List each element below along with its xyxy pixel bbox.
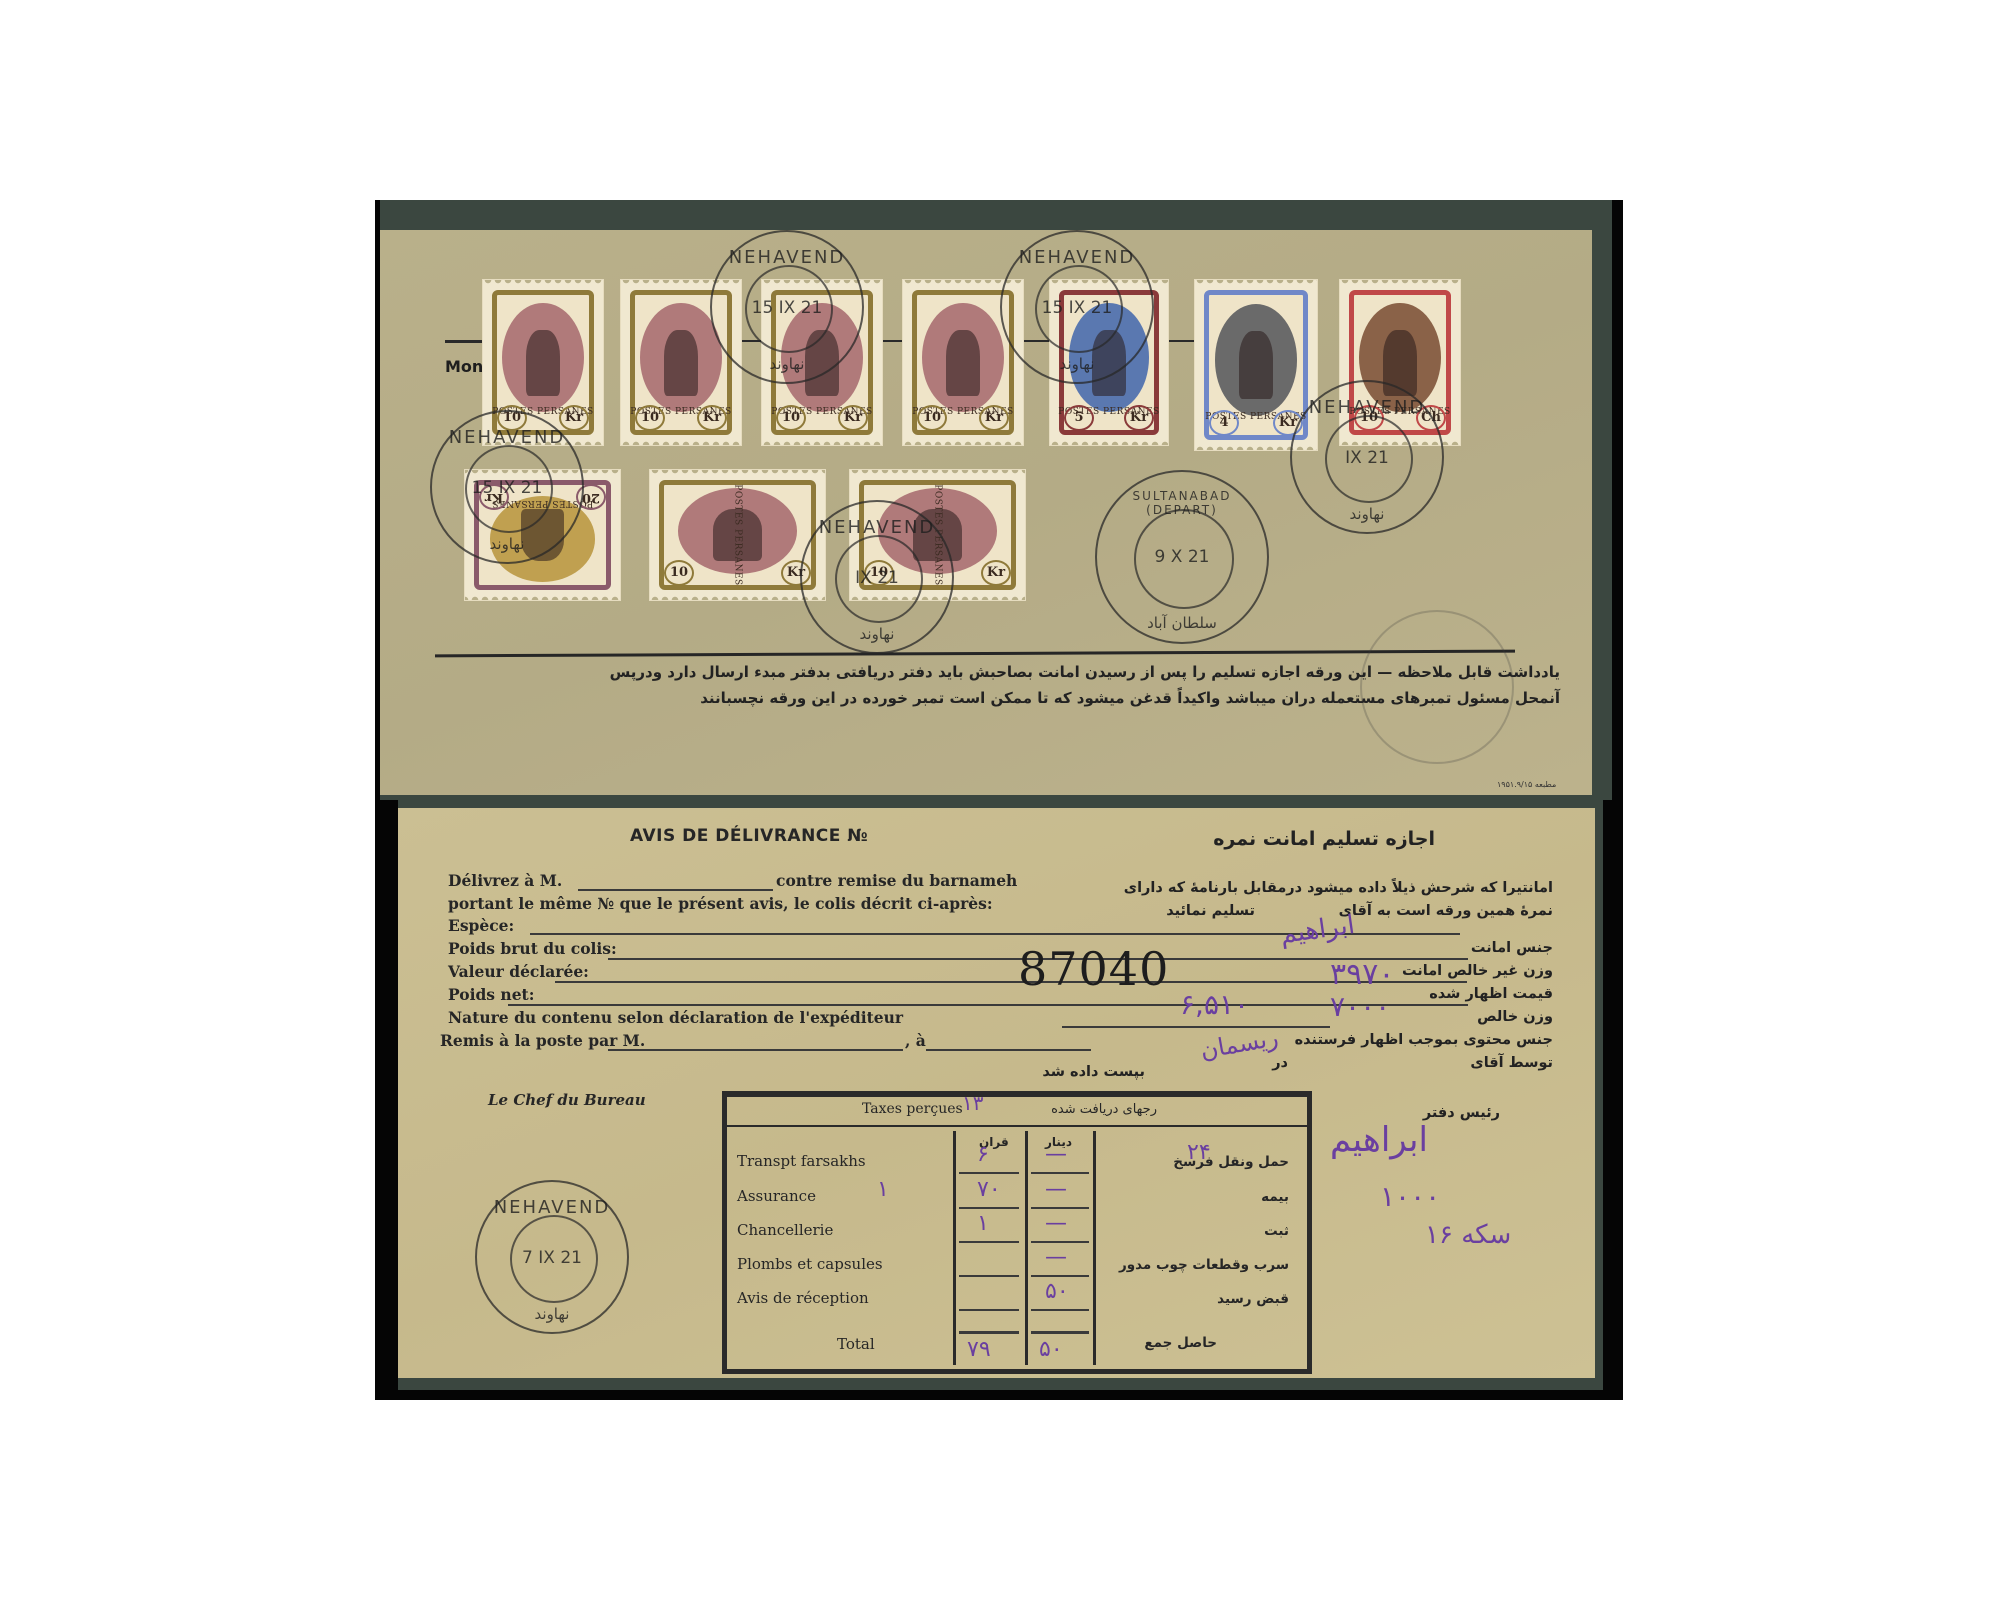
manuscript-declared-value: ۷۰۰۰ (1330, 990, 1390, 1023)
postmark-cancellation: NEHAVEND15 IX 21نهاوند (710, 230, 864, 384)
tax-dinars: ۵۰ (1045, 1279, 1069, 1304)
fa-field-4: وزن غیر خالص امانت (1402, 963, 1553, 979)
total-label-fr: Total (837, 1335, 875, 1353)
fa-field-0: امانتیرا که شرحش ذیلاً داده میشود درمقاب… (1124, 880, 1553, 896)
postmark-date: 15 IX 21 (1002, 298, 1152, 318)
tax-dinars: — (1045, 1177, 1067, 1202)
tax-krans: ۱ (977, 1211, 989, 1236)
fa-field-5: قیمت اظهار شده (1429, 986, 1553, 1002)
portrait-icon (526, 330, 560, 396)
stamp-value: 10 (635, 405, 665, 431)
postmark-cancellation: NEHAVEND15 IX 21نهاوند (1000, 230, 1154, 384)
postmark-town: NEHAVEND (1292, 397, 1442, 418)
postmark-date: 15 IX 21 (432, 478, 582, 498)
postmark-arabic: نهاوند (1002, 355, 1152, 373)
tax-row-label-fa: ثبت (1264, 1223, 1289, 1239)
tax-farsakhs: ۲۴ (1187, 1140, 1211, 1165)
stamp-value: 10 (917, 405, 947, 431)
stamp-value: 4 (1209, 410, 1239, 436)
total-rule (1031, 1331, 1089, 1334)
portrait-icon (1239, 331, 1273, 399)
cell-rule (1031, 1207, 1089, 1209)
form-title-fa: اجازه تسلیم امانت نمره (1213, 828, 1435, 850)
printer-imprint: مطبعه ۱۹۵۱.۹/۱۵ (1497, 780, 1556, 789)
cell-rule (959, 1207, 1019, 1209)
field-nature: Nature du contenu selon déclaration de l… (448, 1008, 903, 1027)
cell-rule (959, 1309, 1019, 1311)
field-poids-brut: Poids brut du colis: (448, 939, 617, 958)
manuscript-note: ۱۶ سکه (1425, 1220, 1511, 1250)
tax-row-label: Transpt farsakhs (737, 1152, 866, 1170)
fa-field-3: جنس امانت (1471, 940, 1553, 956)
fa-field-10: بپست داده شد (1042, 1064, 1145, 1080)
field-portant: portant le même № que le présent avis, l… (448, 894, 993, 913)
cell-rule (1031, 1172, 1089, 1174)
tax-row-label: Assurance (737, 1187, 816, 1205)
field-remis: Remis à la poste par M. (440, 1031, 645, 1050)
column-divider (1025, 1131, 1028, 1365)
cell-rule (1031, 1275, 1089, 1277)
tax-dinars: — (1045, 1142, 1067, 1167)
column-divider (1093, 1131, 1096, 1365)
manuscript-gross-weight: ۳۹۷۰ (1330, 957, 1394, 992)
field-a: , à (905, 1031, 926, 1050)
postmark-town: NEHAVEND (802, 517, 952, 538)
column-divider (953, 1131, 956, 1365)
tax-side-mark: ۱ (877, 1177, 889, 1202)
field-line (578, 889, 773, 891)
postmark-cancellation: NEHAVEND15 IX 21نهاوند (430, 410, 584, 564)
manuscript-amount: ۱۰۰۰ (1380, 1180, 1440, 1213)
fa-field-8: توسط آقای (1470, 1055, 1553, 1071)
cell-rule (1031, 1241, 1089, 1243)
postmark-town: NEHAVEND (712, 247, 862, 268)
tax-row-label: Avis de réception (737, 1289, 869, 1307)
cell-rule (959, 1172, 1019, 1174)
tax-dinars: — (1045, 1245, 1067, 1270)
tax-row-label-fa: سرب وقطعات چوب مدور (1119, 1257, 1289, 1273)
postmark-date: IX 21 (802, 568, 952, 588)
total-label-fa: حاصل جمع (1144, 1335, 1217, 1351)
postmark-cancellation: NEHAVEND7 IX 21نهاوند (475, 1180, 629, 1334)
stamp-value: 10 (664, 560, 694, 586)
tax-krans: ۶ (977, 1142, 989, 1167)
postage-stamp: POSTES PERSANES10Kr (650, 470, 825, 600)
stamp-unit: Kr (697, 405, 727, 431)
taxes-heading-fa: رجهای دریافت شده (1051, 1102, 1157, 1117)
taxes-heading-fr: Taxes perçues (862, 1101, 963, 1117)
total-rule (959, 1331, 1019, 1334)
tax-krans: ۷۰ (977, 1177, 1001, 1202)
postmark-town: NEHAVEND (477, 1197, 627, 1218)
form-fragment-label: Mon (445, 357, 483, 376)
fa-field-1: نمرهٔ همین ورقه است به آقای (1339, 903, 1553, 919)
postmark-arabic: نهاوند (802, 625, 952, 643)
field-line (508, 1004, 1468, 1006)
portrait-icon (946, 330, 980, 396)
postmark-arabic: نهاوند (1292, 505, 1442, 523)
stamp-unit: Kr (838, 405, 868, 431)
serial-number: 87040 (1018, 942, 1169, 996)
manuscript-signature: ابراهیم (1330, 1120, 1428, 1160)
tax-row-label-fa: بیمه (1261, 1189, 1289, 1205)
postmark-arabic: نهاوند (712, 355, 862, 373)
stamp-unit: Kr (981, 560, 1011, 586)
field-line (926, 1049, 1091, 1051)
postmark-cancellation: SULTANABAD (DEPART)9 X 21سلطان آباد (1095, 470, 1269, 644)
field-line (608, 1049, 903, 1051)
tax-dinars: — (1045, 1211, 1067, 1236)
taxes-heading-rule (727, 1125, 1307, 1127)
fa-field-9: در (1272, 1055, 1288, 1071)
postmark-arabic: نهاوند (477, 1305, 627, 1323)
postmark-arabic: نهاوند (432, 535, 582, 553)
field-valeur: Valeur déclarée: (448, 962, 589, 981)
total-dinars: ۵۰ (1039, 1337, 1063, 1362)
stamp-value: 10 (776, 405, 806, 431)
field-contre-remise: contre remise du barnameh (776, 871, 1017, 890)
tax-row-label: Plombs et capsules (737, 1255, 883, 1273)
form-title-fr: AVIS DE DÉLIVRANCE № (630, 826, 868, 846)
field-delivrez: Délivrez à M. (448, 871, 562, 890)
postmark-date: 15 IX 21 (712, 298, 862, 318)
total-krans: ۷۹ (967, 1337, 991, 1362)
postmark-date: 9 X 21 (1097, 547, 1267, 567)
cell-rule (959, 1275, 1019, 1277)
fa-field-2: تسلیم نمائید (1166, 903, 1255, 919)
cell-rule (959, 1241, 1019, 1243)
fa-field-11: رئیس دفتر (1423, 1105, 1500, 1121)
postmark-arabic: سلطان آباد (1097, 614, 1267, 632)
fa-field-6: وزن خالص (1477, 1009, 1553, 1025)
fa-field-7: جنس محتوی بموجب اظهار فرستنده (1295, 1032, 1553, 1048)
tax-row-label-fa: قبض رسید (1217, 1291, 1289, 1307)
portrait-icon (664, 330, 698, 396)
signature-label: Le Chef du Bureau (488, 1091, 646, 1109)
postmark-date: 7 IX 21 (477, 1248, 627, 1268)
field-espece: Espèce: (448, 916, 514, 935)
taxes-table: Taxes perçues رجهای دریافت شده ۱۳ قران د… (722, 1091, 1312, 1374)
field-poids-net: Poids net: (448, 985, 534, 1004)
form-rule (445, 340, 485, 343)
postmark-town: SULTANABAD (DEPART) (1097, 489, 1267, 517)
stamp-value: 5 (1064, 405, 1094, 431)
tax-row-label: Chancellerie (737, 1221, 833, 1239)
manuscript-net-weight: ۶,۵۱۰ (1180, 988, 1249, 1021)
postmark-town: NEHAVEND (432, 427, 582, 448)
taxes-heading-manuscript: ۱۳ (962, 1091, 983, 1115)
stamp-unit: Kr (979, 405, 1009, 431)
cell-rule (1031, 1309, 1089, 1311)
faint-postmark (1360, 610, 1514, 764)
stamp-unit: Kr (1124, 405, 1154, 431)
postmark-date: IX 21 (1292, 448, 1442, 468)
postmark-cancellation: NEHAVENDIX 21نهاوند (800, 500, 954, 654)
postmark-cancellation: NEHAVENDIX 21نهاوند (1290, 380, 1444, 534)
stamp-caption: POSTES PERSANES (733, 448, 743, 623)
postmark-town: NEHAVEND (1002, 247, 1152, 268)
field-line (1062, 1026, 1330, 1028)
